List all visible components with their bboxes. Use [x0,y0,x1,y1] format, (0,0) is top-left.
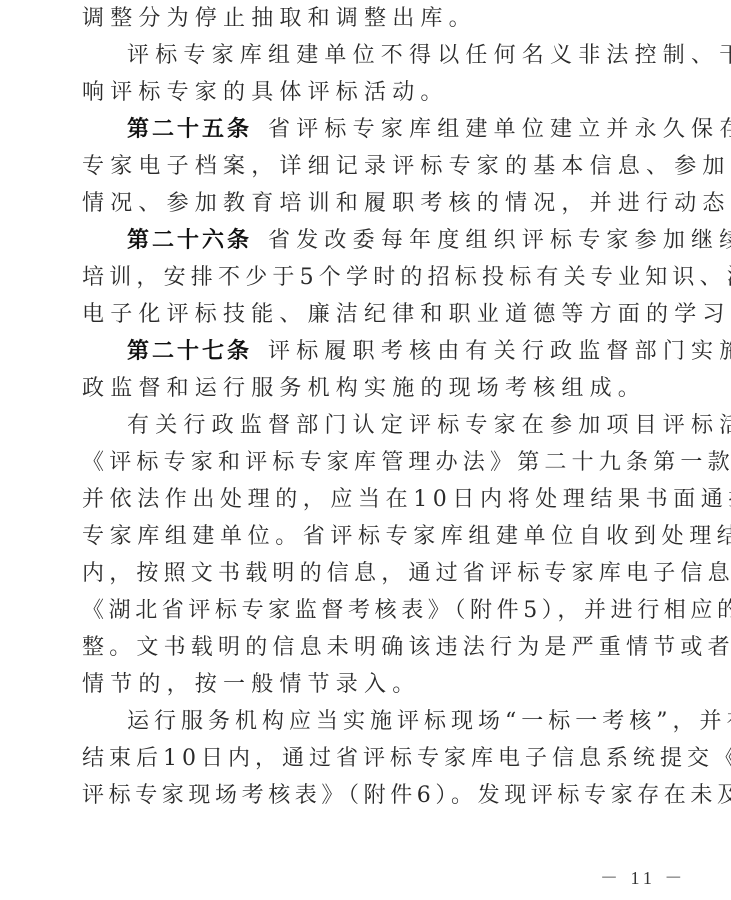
text-line: 政监督和运行服务机构实施的现场考核组成。 [82,370,646,407]
line-text: 专家库组建单位。省评标专家库组建单位自收到处理结果5日 [82,524,731,549]
text-line: 《评标专家和评标专家库管理办法》第二十九条第一款所列情形 [82,444,731,481]
line-text: 整。文书载明的信息未明确该违法行为是严重情节或者特别严重 [82,635,731,660]
line-text: 培训，安排不少于5个学时的招标投标有关专业知识、法律法规、 [82,265,731,290]
text-line: 并依法作出处理的，应当在10日内将处理结果书面通报省评标 [82,481,731,518]
text-line: 响评标专家的具体评标活动。 [82,74,449,111]
text-line: 内，按照文书载明的信息，通过省评标专家库电子信息系统提交 [82,555,731,592]
line-text: 评标履职考核由有关行政监督部门实施的行 [268,339,731,364]
line-text: 评标专家现场考核表》（附件6）。发现评标专家存在未及时更新 [82,783,731,808]
line-text: 结束后10日内，通过省评标专家库电子信息系统提交《湖北省 [82,746,731,771]
line-text: 调整分为停止抽取和调整出库。 [82,6,477,31]
line-text: 情况、参加教育培训和履职考核的情况，并进行动态更新。 [82,191,731,216]
article-26-line: 第二十六条省发改委每年度组织评标专家参加继续教育 [127,222,731,259]
text-line: 情节的，按一般情节录入。 [82,666,420,703]
text-line: 评标专家现场考核表》（附件6）。发现评标专家存在未及时更新 [82,777,731,814]
text-line: 电子化评标技能、廉洁纪律和职业道德等方面的学习及测试。 [82,296,731,333]
line-text: 响评标专家的具体评标活动。 [82,80,449,105]
line-text: 情节的，按一般情节录入。 [82,672,420,697]
article-heading: 第二十五条 [127,117,252,142]
article-heading: 第二十七条 [127,339,252,364]
line-text: 内，按照文书载明的信息，通过省评标专家库电子信息系统提交 [82,561,731,586]
text-line: 评标专家库组建单位不得以任何名义非法控制、干预或者影 [127,37,731,74]
text-line: 《湖北省评标专家监督考核表》（附件5），并进行相应的动态调 [82,592,731,629]
line-text: 电子化评标技能、廉洁纪律和职业道德等方面的学习及测试。 [82,302,731,327]
text-line: 运行服务机构应当实施评标现场“一标一考核”，并在评标 [127,703,731,740]
line-text: 专家电子档案，详细记录评标专家的基本信息、参加评标的具体 [82,154,731,179]
text-line: 结束后10日内，通过省评标专家库电子信息系统提交《湖北省 [82,740,731,777]
line-text: 并依法作出处理的，应当在10日内将处理结果书面通报省评标 [82,487,731,512]
text-line: 培训，安排不少于5个学时的招标投标有关专业知识、法律法规、 [82,259,731,296]
article-27-line: 第二十七条评标履职考核由有关行政监督部门实施的行 [127,333,731,370]
article-heading: 第二十六条 [127,228,252,253]
article-25-line: 第二十五条省评标专家库组建单位建立并永久保存评标 [127,111,731,148]
line-text: 省评标专家库组建单位建立并永久保存评标 [268,117,731,142]
text-line: 调整分为停止抽取和调整出库。 [82,0,477,37]
text-line: 有关行政监督部门认定评标专家在参加项目评标活动中，有 [127,407,731,444]
text-line: 专家库组建单位。省评标专家库组建单位自收到处理结果5日 [82,518,731,555]
line-text: 有关行政监督部门认定评标专家在参加项目评标活动中，有 [127,413,731,438]
line-text: 《评标专家和评标专家库管理办法》第二十九条第一款所列情形 [82,450,731,475]
line-text: 评标专家库组建单位不得以任何名义非法控制、干预或者影 [127,43,731,68]
line-text: 运行服务机构应当实施评标现场“一标一考核”，并在评标 [127,709,731,734]
line-text: 《湖北省评标专家监督考核表》（附件5），并进行相应的动态调 [82,598,731,623]
text-line: 整。文书载明的信息未明确该违法行为是严重情节或者特别严重 [82,629,731,666]
text-line: 专家电子档案，详细记录评标专家的基本信息、参加评标的具体 [82,148,731,185]
line-text: 省发改委每年度组织评标专家参加继续教育 [268,228,731,253]
text-line: 情况、参加教育培训和履职考核的情况，并进行动态更新。 [82,185,731,222]
page-number: － 11 － [600,864,686,890]
line-text: 政监督和运行服务机构实施的现场考核组成。 [82,376,646,401]
